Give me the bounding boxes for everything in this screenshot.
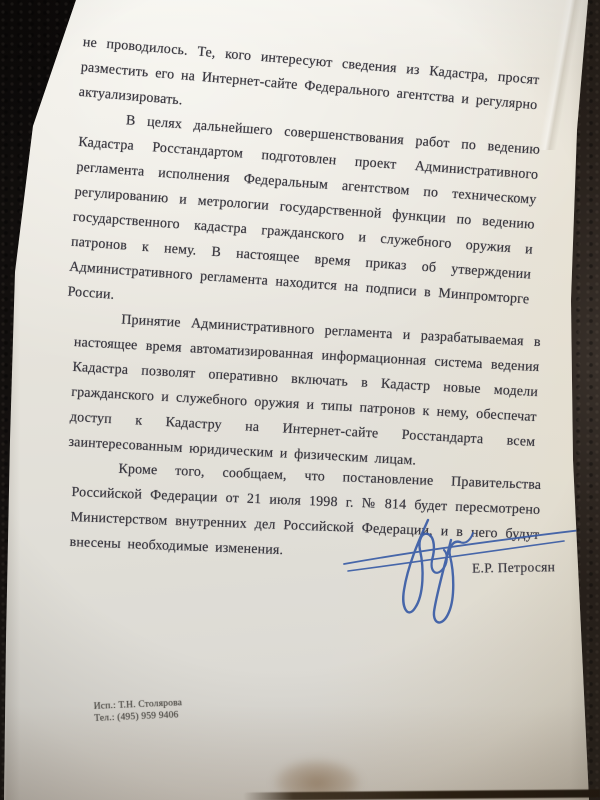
- paragraph-2: В целях дальнейшего совершенствования ра…: [67, 105, 541, 337]
- photo-scene: не проводилось. Те, кого интересуют свед…: [0, 0, 600, 800]
- executor-contact: Исп.: Т.Н. Столярова Тел.: (495) 959 940…: [94, 698, 183, 725]
- document-body: не проводилось. Те, кого интересуют свед…: [84, 30, 542, 555]
- paper-sheet: не проводилось. Те, кого интересуют свед…: [0, 0, 600, 800]
- paragraph-3: Принятие Административного регламента и …: [68, 305, 541, 480]
- signatory-name: Е.Р. Петросян: [472, 559, 555, 576]
